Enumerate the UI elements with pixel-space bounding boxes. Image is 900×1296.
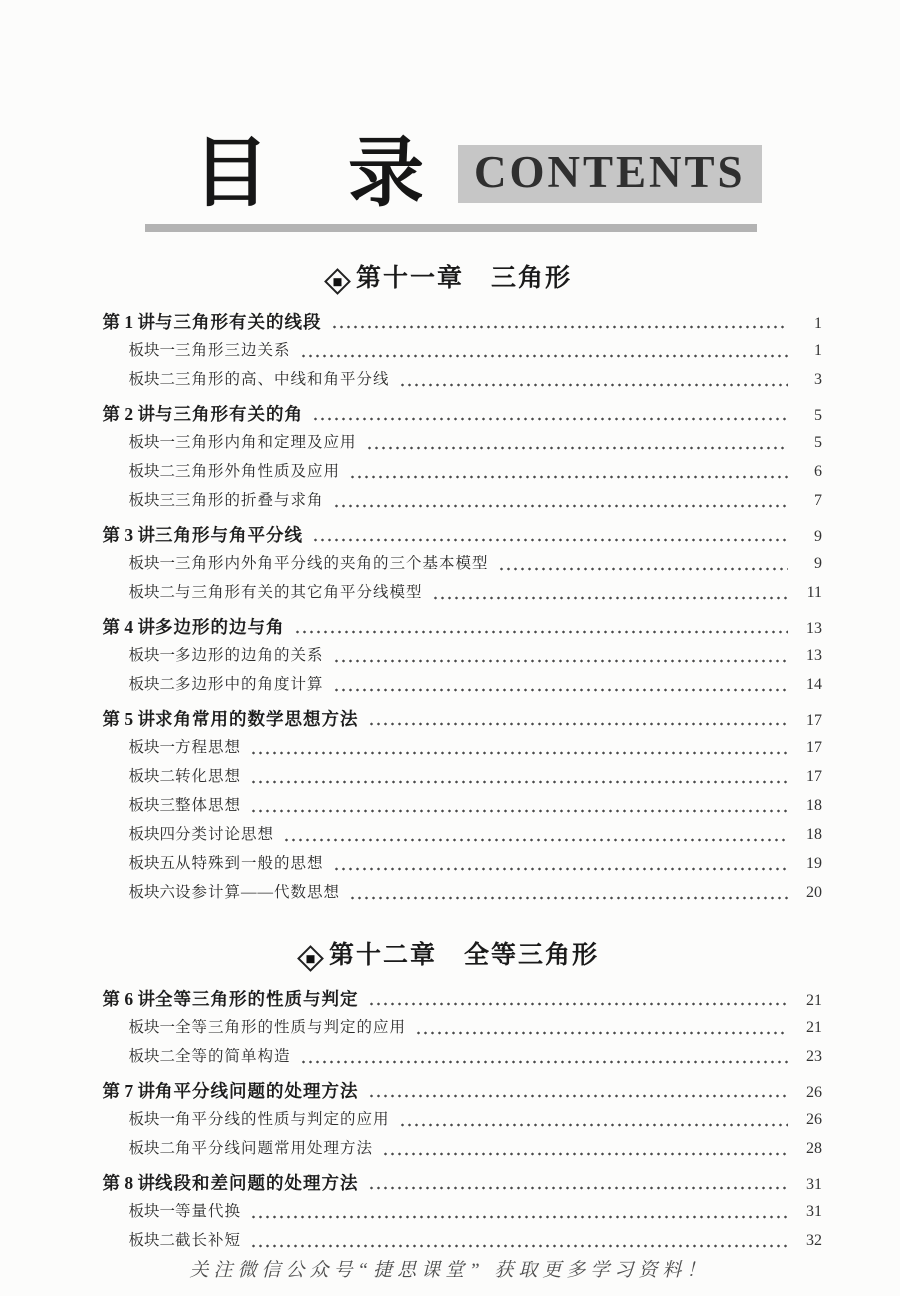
toc-entry: 板块一全等三角形的性质与判定的应用21 [0,1015,900,1044]
dot-leader [368,1002,789,1006]
page-number: 32 [796,1232,822,1250]
dot-leader [498,567,788,571]
toc-entry: 板块四分类讨论思想18 [0,822,900,851]
toc-entry: 板块一角平分线的性质与判定的应用26 [0,1107,900,1136]
dot-leader [366,446,788,450]
page-number: 9 [796,555,822,573]
toc-entry: 板块六设参计算——代数思想20 [0,880,900,909]
dot-leader [250,1215,788,1219]
page-number: 5 [796,434,822,452]
entry-label: 板块五 [93,851,175,873]
entry-label: 板块一 [93,735,175,757]
entry-label: 第 1 讲 [75,309,155,334]
chapter-diamond-icon [297,945,324,972]
entry-label: 板块四 [93,822,175,844]
entry-title: 三角形三边关系 [175,338,291,360]
page-number: 18 [796,826,822,844]
page-number: 1 [796,315,822,333]
entry-label: 板块三 [93,793,175,815]
page-title-english: CONTENTS [474,147,746,197]
toc-entry: 板块一等量代换31 [0,1199,900,1228]
entry-label: 板块二 [93,672,175,694]
entry-label: 板块一 [93,551,175,573]
dot-leader [300,354,788,358]
page-number: 17 [796,712,822,730]
toc-entry: 第 4 讲多边形的边与角13 [0,614,900,643]
page-number: 3 [796,371,822,389]
entry-label: 板块二 [93,764,175,786]
entry-title: 截长补短 [175,1228,241,1250]
toc-entry: 第 5 讲求角常用的数学思想方法17 [0,706,900,735]
entry-title: 三角形的折叠与求角 [175,488,324,510]
page-number: 9 [796,528,822,546]
toc-entry: 板块五从特殊到一般的思想19 [0,851,900,880]
page-number: 17 [796,768,822,786]
dot-leader [432,596,788,600]
dot-leader [333,504,788,508]
entry-title: 全等三角形的性质与判定的应用 [175,1015,406,1037]
toc-page: 目 录 CONTENTS 第十一章 三角形第 1 讲与三角形有关的线段1板块一三… [0,0,900,1257]
entry-label: 板块六 [93,880,175,902]
entry-label: 板块一 [93,1015,175,1037]
toc-entry: 板块二转化思想17 [0,764,900,793]
page-number: 26 [796,1084,822,1102]
entry-label: 第 5 讲 [75,706,155,731]
entry-title: 三角形外角性质及应用 [175,459,340,481]
page-number: 28 [796,1140,822,1158]
entry-title: 角平分线问题常用处理方法 [175,1136,373,1158]
diamond-inner-square [333,277,341,285]
header-rule [145,224,757,232]
dot-leader [333,867,788,871]
dot-leader [294,630,789,634]
page-number: 26 [796,1111,822,1129]
dot-leader [349,896,788,900]
page-title-chinese: 目 录 [193,136,454,212]
chapter-entries: 第 1 讲与三角形有关的线段1板块一三角形三边关系1板块二三角形的高、中线和角平… [0,309,900,909]
entry-title: 转化思想 [175,764,241,786]
chapter-title: 第十二章 全等三角形 [329,942,599,969]
entry-title: 多边形的边与角 [155,614,285,639]
entry-title: 与三角形有关的线段 [155,309,322,334]
entry-title: 方程思想 [175,735,241,757]
entry-title: 三角形内角和定理及应用 [175,430,357,452]
entry-label: 板块一 [93,1107,175,1129]
page-number: 5 [796,407,822,425]
toc-header: 目 录 CONTENTS [0,0,900,232]
page-title-english-box: CONTENTS [458,145,762,203]
entry-title: 与三角形有关的角 [155,401,303,426]
toc-entry: 第 7 讲角平分线问题的处理方法26 [0,1078,900,1107]
toc-entry: 板块二与三角形有关的其它角平分线模型11 [0,580,900,609]
toc-entry: 板块三三角形的折叠与求角7 [0,488,900,517]
toc-entry: 板块二全等的简单构造23 [0,1044,900,1073]
page-number: 11 [796,584,822,602]
entry-title: 全等三角形的性质与判定 [155,986,359,1011]
entry-label: 板块一 [93,1199,175,1221]
chapter-entries: 第 6 讲全等三角形的性质与判定21板块一全等三角形的性质与判定的应用21板块二… [0,986,900,1257]
toc-entry: 板块二多边形中的角度计算14 [0,672,900,701]
entry-label: 第 8 讲 [75,1170,155,1195]
entry-title: 等量代换 [175,1199,241,1221]
header-title-row: 目 录 CONTENTS [193,136,900,212]
toc-sections: 第十一章 三角形第 1 讲与三角形有关的线段1板块一三角形三边关系1板块二三角形… [0,258,900,1257]
toc-entry: 板块二三角形外角性质及应用6 [0,459,900,488]
dot-leader [331,325,789,329]
entry-label: 第 6 讲 [75,986,155,1011]
dot-leader [333,659,788,663]
entry-label: 第 2 讲 [75,401,155,426]
page-number: 23 [796,1048,822,1066]
entry-label: 板块一 [93,643,175,665]
entry-label: 板块二 [93,580,175,602]
page-number: 6 [796,463,822,481]
entry-title: 从特殊到一般的思想 [175,851,324,873]
entry-title: 角平分线的性质与判定的应用 [175,1107,390,1129]
chapter-diamond-icon [324,268,351,295]
dot-leader [300,1060,788,1064]
page-number: 21 [796,1019,822,1037]
entry-title: 角平分线问题的处理方法 [155,1078,359,1103]
entry-title: 整体思想 [175,793,241,815]
entry-label: 板块二 [93,459,175,481]
entry-title: 求角常用的数学思想方法 [155,706,359,731]
entry-label: 板块二 [93,1228,175,1250]
toc-entry: 板块一方程思想17 [0,735,900,764]
dot-leader [312,417,788,421]
dot-leader [333,688,788,692]
page-number: 13 [796,620,822,638]
toc-entry: 板块一三角形内外角平分线的夹角的三个基本模型9 [0,551,900,580]
page-number: 14 [796,676,822,694]
diamond-inner-square [306,954,314,962]
dot-leader [368,1186,789,1190]
entry-title: 三角形内外角平分线的夹角的三个基本模型 [175,551,489,573]
dot-leader [368,1094,789,1098]
page-number: 21 [796,992,822,1010]
dot-leader [250,809,788,813]
entry-title: 分类讨论思想 [175,822,274,844]
page-number: 7 [796,492,822,510]
dot-leader [382,1152,788,1156]
toc-entry: 板块二三角形的高、中线和角平分线3 [0,367,900,396]
dot-leader [415,1031,788,1035]
page-number: 31 [796,1203,822,1221]
dot-leader [250,751,788,755]
toc-entry: 板块三整体思想18 [0,793,900,822]
toc-entry: 第 8 讲线段和差问题的处理方法31 [0,1170,900,1199]
page-number: 17 [796,739,822,757]
entry-label: 板块三 [93,488,175,510]
toc-entry: 板块一三角形三边关系1 [0,338,900,367]
page-number: 20 [796,884,822,902]
dot-leader [250,1244,788,1248]
toc-entry: 板块一多边形的边角的关系13 [0,643,900,672]
entry-title: 设参计算——代数思想 [175,880,340,902]
toc-entry: 第 3 讲三角形与角平分线9 [0,522,900,551]
entry-label: 板块二 [93,367,175,389]
entry-label: 第 3 讲 [75,522,155,547]
entry-label: 板块二 [93,1044,175,1066]
entry-label: 第 4 讲 [75,614,155,639]
dot-leader [312,538,788,542]
entry-label: 板块一 [93,430,175,452]
page-number: 19 [796,855,822,873]
chapter-heading: 第十二章 全等三角形 [0,935,900,971]
dot-leader [349,475,788,479]
entry-label: 第 7 讲 [75,1078,155,1103]
page-number: 13 [796,647,822,665]
entry-title: 全等的简单构造 [175,1044,291,1066]
toc-entry: 板块一三角形内角和定理及应用5 [0,430,900,459]
entry-title: 多边形的边角的关系 [175,643,324,665]
toc-entry: 第 1 讲与三角形有关的线段1 [0,309,900,338]
dot-leader [368,722,789,726]
page-number: 31 [796,1176,822,1194]
entry-title: 多边形中的角度计算 [175,672,324,694]
entry-label: 板块二 [93,1136,175,1158]
entry-title: 与三角形有关的其它角平分线模型 [175,580,423,602]
dot-leader [283,838,788,842]
toc-entry: 板块二角平分线问题常用处理方法28 [0,1136,900,1165]
dot-leader [250,780,788,784]
page-number: 1 [796,342,822,360]
toc-entry: 板块二截长补短32 [0,1228,900,1257]
dot-leader [399,383,788,387]
entry-title: 三角形的高、中线和角平分线 [175,367,390,389]
chapter-heading: 第十一章 三角形 [0,258,900,294]
entry-title: 三角形与角平分线 [155,522,303,547]
toc-entry: 第 6 讲全等三角形的性质与判定21 [0,986,900,1015]
entry-label: 板块一 [93,338,175,360]
footer-note: 关注微信公众号“捷思课堂” 获取更多学习资料！ [0,1255,900,1282]
chapter-title: 第十一章 三角形 [356,265,572,292]
page-number: 18 [796,797,822,815]
dot-leader [399,1123,788,1127]
entry-title: 线段和差问题的处理方法 [155,1170,359,1195]
toc-entry: 第 2 讲与三角形有关的角5 [0,401,900,430]
